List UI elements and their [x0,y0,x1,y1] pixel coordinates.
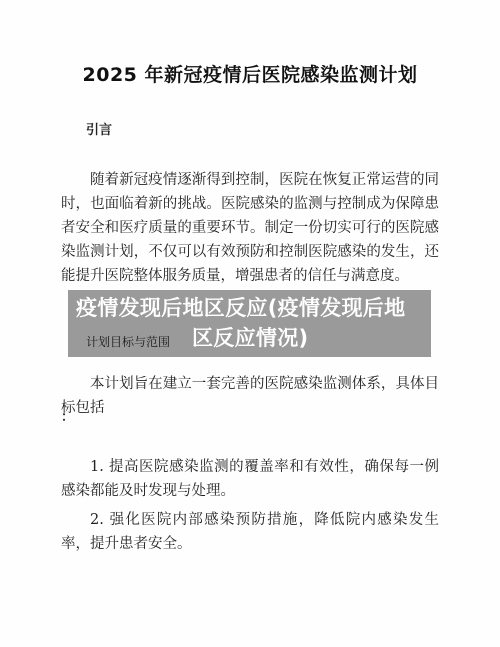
section-heading-goals: 计划目标与范围 [86,333,170,350]
goals-intro-colon: ： [61,406,74,425]
overlay-title-line-2: 区反应情况) [192,322,308,352]
goal-item-2: 2. 强化医院内部感染预防措施，降低院内感染发生率，提升患者安全。 [61,508,439,556]
document-page: 2025 年新冠疫情后医院感染监测计划 引言 随着新冠疫情逐渐得到控制，医院在恢… [0,0,500,647]
goals-intro-paragraph: 本计划旨在建立一套完善的医院感染监测体系，具体目标包括 [61,372,439,420]
intro-paragraph: 随着新冠疫情逐渐得到控制，医院在恢复正常运营的同时，也面临着新的挑战。医院感染的… [61,168,439,288]
section-heading-intro: 引言 [86,119,112,138]
goal-item-1: 1. 提高医院感染监测的覆盖率和有效性，确保每一例感染都能及时发现与处理。 [61,455,439,503]
overlay-title-line-1: 疫情发现后地区反应(疫情发现后地 [76,292,405,322]
title-overlay-banner: 计划目标与范围 疫情发现后地区反应(疫情发现后地 区反应情况) [68,290,431,357]
document-title: 2025 年新冠疫情后医院感染监测计划 [0,60,500,87]
